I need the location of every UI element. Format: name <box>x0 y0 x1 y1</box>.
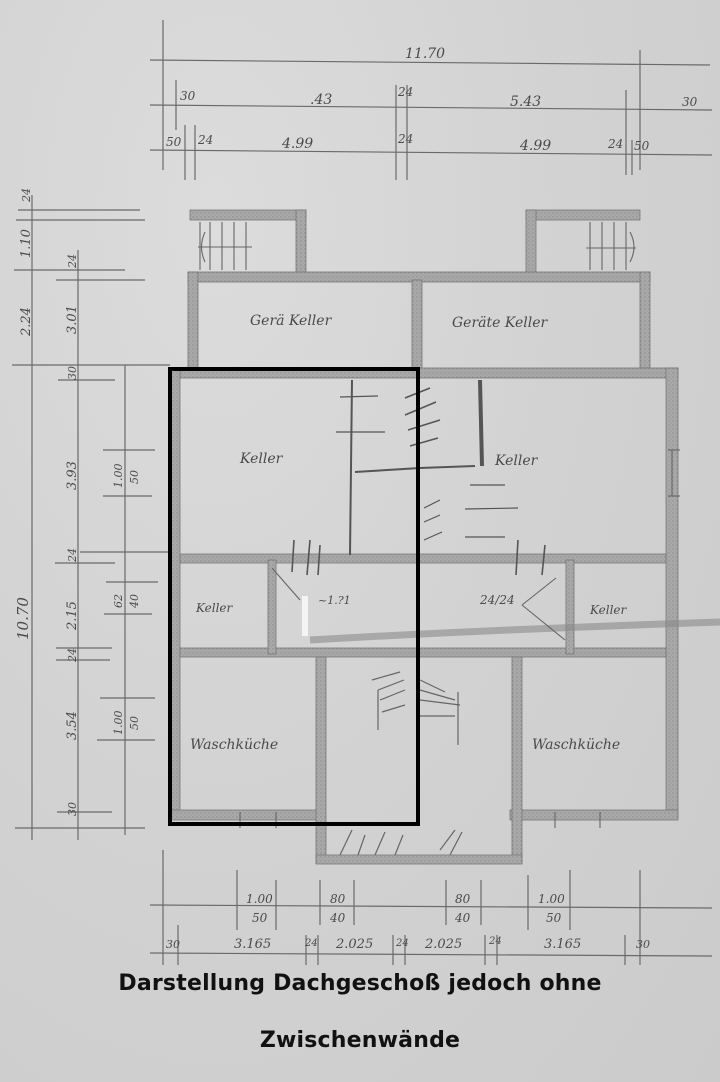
dim-bottom-30-left: 30 <box>166 938 180 951</box>
dim-24-left: 24 <box>197 133 213 147</box>
caption-line-2: Zwischenwände <box>0 1028 720 1053</box>
dim-left-24b: 24 <box>66 254 79 269</box>
dim-opening3-bottom: 50 <box>128 716 141 730</box>
room-label-geraetekeller-right: Geräte Keller <box>452 315 548 331</box>
dim-left-224: 2.24 <box>19 307 34 337</box>
floor-plan: 11.70 30 .43 24 5.43 30 50 24 4.99 24 4.… <box>0 0 720 1082</box>
room-label-geraetekeller-left: Gerä Keller <box>250 313 333 329</box>
dim-543-left: .43 <box>310 92 332 108</box>
dim-left-354: 3.54 <box>65 711 80 740</box>
stair-top-right <box>586 222 636 270</box>
dim-bottom-24b: 24 <box>395 938 409 949</box>
dim-bottom-opening2-bottom: 40 <box>329 911 346 925</box>
dim-bottom-3165-right: 3.165 <box>544 937 581 952</box>
dim-24-mid2: 24 <box>397 132 413 146</box>
walls <box>170 210 678 864</box>
top-dimension-lines <box>150 20 712 180</box>
winding-stair <box>340 672 462 855</box>
dim-bottom-24a: 24 <box>304 938 318 949</box>
dim-bottom-opening1-top: 1.00 <box>246 892 273 906</box>
dim-bottom-30-right: 30 <box>636 938 650 951</box>
room-label-waschkueche-right: Waschküche <box>532 737 620 753</box>
dim-left-24a: 24 <box>20 188 33 203</box>
dim-left-total: 10.70 <box>14 597 32 640</box>
dim-opening1-top: 1.00 <box>112 464 125 489</box>
dim-left-24d: 24 <box>66 648 79 663</box>
paper-tear <box>302 596 308 636</box>
smudge-mark <box>310 622 720 640</box>
mid-annotation-left: ~1.?1 <box>318 594 351 607</box>
dim-bottom-opening4-bottom: 50 <box>546 911 562 925</box>
room-label-keller-mid-right: Keller <box>589 603 628 617</box>
dim-499-right: 4.99 <box>519 138 551 154</box>
dim-50-left: 50 <box>166 135 182 149</box>
dim-left-301: 3.01 <box>65 305 80 334</box>
room-labels: Gerä Keller Geräte Keller Keller Keller … <box>190 313 628 753</box>
dim-bottom-opening4-top: 1.00 <box>538 892 565 906</box>
dim-bottom-opening3-top: 80 <box>455 892 471 906</box>
dim-bottom-opening1-bottom: 50 <box>252 911 268 925</box>
room-label-waschkueche-left: Waschküche <box>190 737 278 753</box>
dim-bottom-2025-right: 2.025 <box>424 937 462 952</box>
dim-left-30a: 30 <box>66 366 79 380</box>
dim-opening3-top: 1.00 <box>112 711 125 736</box>
window-marks <box>240 450 680 828</box>
dim-left-110: 1.10 <box>19 229 34 258</box>
dim-30-right: 30 <box>682 95 698 109</box>
room-label-keller-top-left: Keller <box>239 451 284 467</box>
dim-499-left: 4.99 <box>281 136 313 152</box>
dim-opening2-top: 62 <box>112 594 125 608</box>
dim-50-right: 50 <box>634 139 650 153</box>
dim-30-left: 30 <box>180 89 196 103</box>
dim-left-215: 2.15 <box>65 601 80 631</box>
dim-left-24c: 24 <box>66 548 79 563</box>
bottom-dimension-labels: 1.00 50 80 40 80 40 1.00 50 30 3.165 24 … <box>166 892 650 952</box>
stair-top-left <box>198 222 252 270</box>
dim-bottom-24c: 24 <box>488 936 502 947</box>
room-label-keller-mid-left: Keller <box>195 601 234 615</box>
dim-24-right: 24 <box>607 137 623 151</box>
blueprint-sheet: 11.70 30 .43 24 5.43 30 50 24 4.99 24 4.… <box>0 0 720 1082</box>
mid-annotation-right: 24/24 <box>479 593 515 607</box>
dim-bottom-2025-left: 2.025 <box>335 937 373 952</box>
dim-left-393: 3.93 <box>65 461 80 490</box>
dim-bottom-3165-left: 3.165 <box>234 937 271 952</box>
dim-bottom-opening2-top: 80 <box>330 892 346 906</box>
caption-line-1: Darstellung Dachgeschoß jedoch ohne <box>0 971 720 996</box>
dim-left-30b: 30 <box>66 802 79 816</box>
room-label-keller-top-right: Keller <box>494 453 539 469</box>
highlight-rectangle <box>170 369 418 824</box>
dim-24-mid: 24 <box>397 85 413 99</box>
left-dimension-lines <box>12 195 170 840</box>
dim-opening1-bottom: 50 <box>128 470 141 484</box>
dim-bottom-opening3-bottom: 40 <box>454 911 471 925</box>
dim-overall-width: 11.70 <box>405 46 445 62</box>
dim-opening2-bottom: 40 <box>128 594 141 609</box>
dim-543-right: 5.43 <box>510 94 541 110</box>
